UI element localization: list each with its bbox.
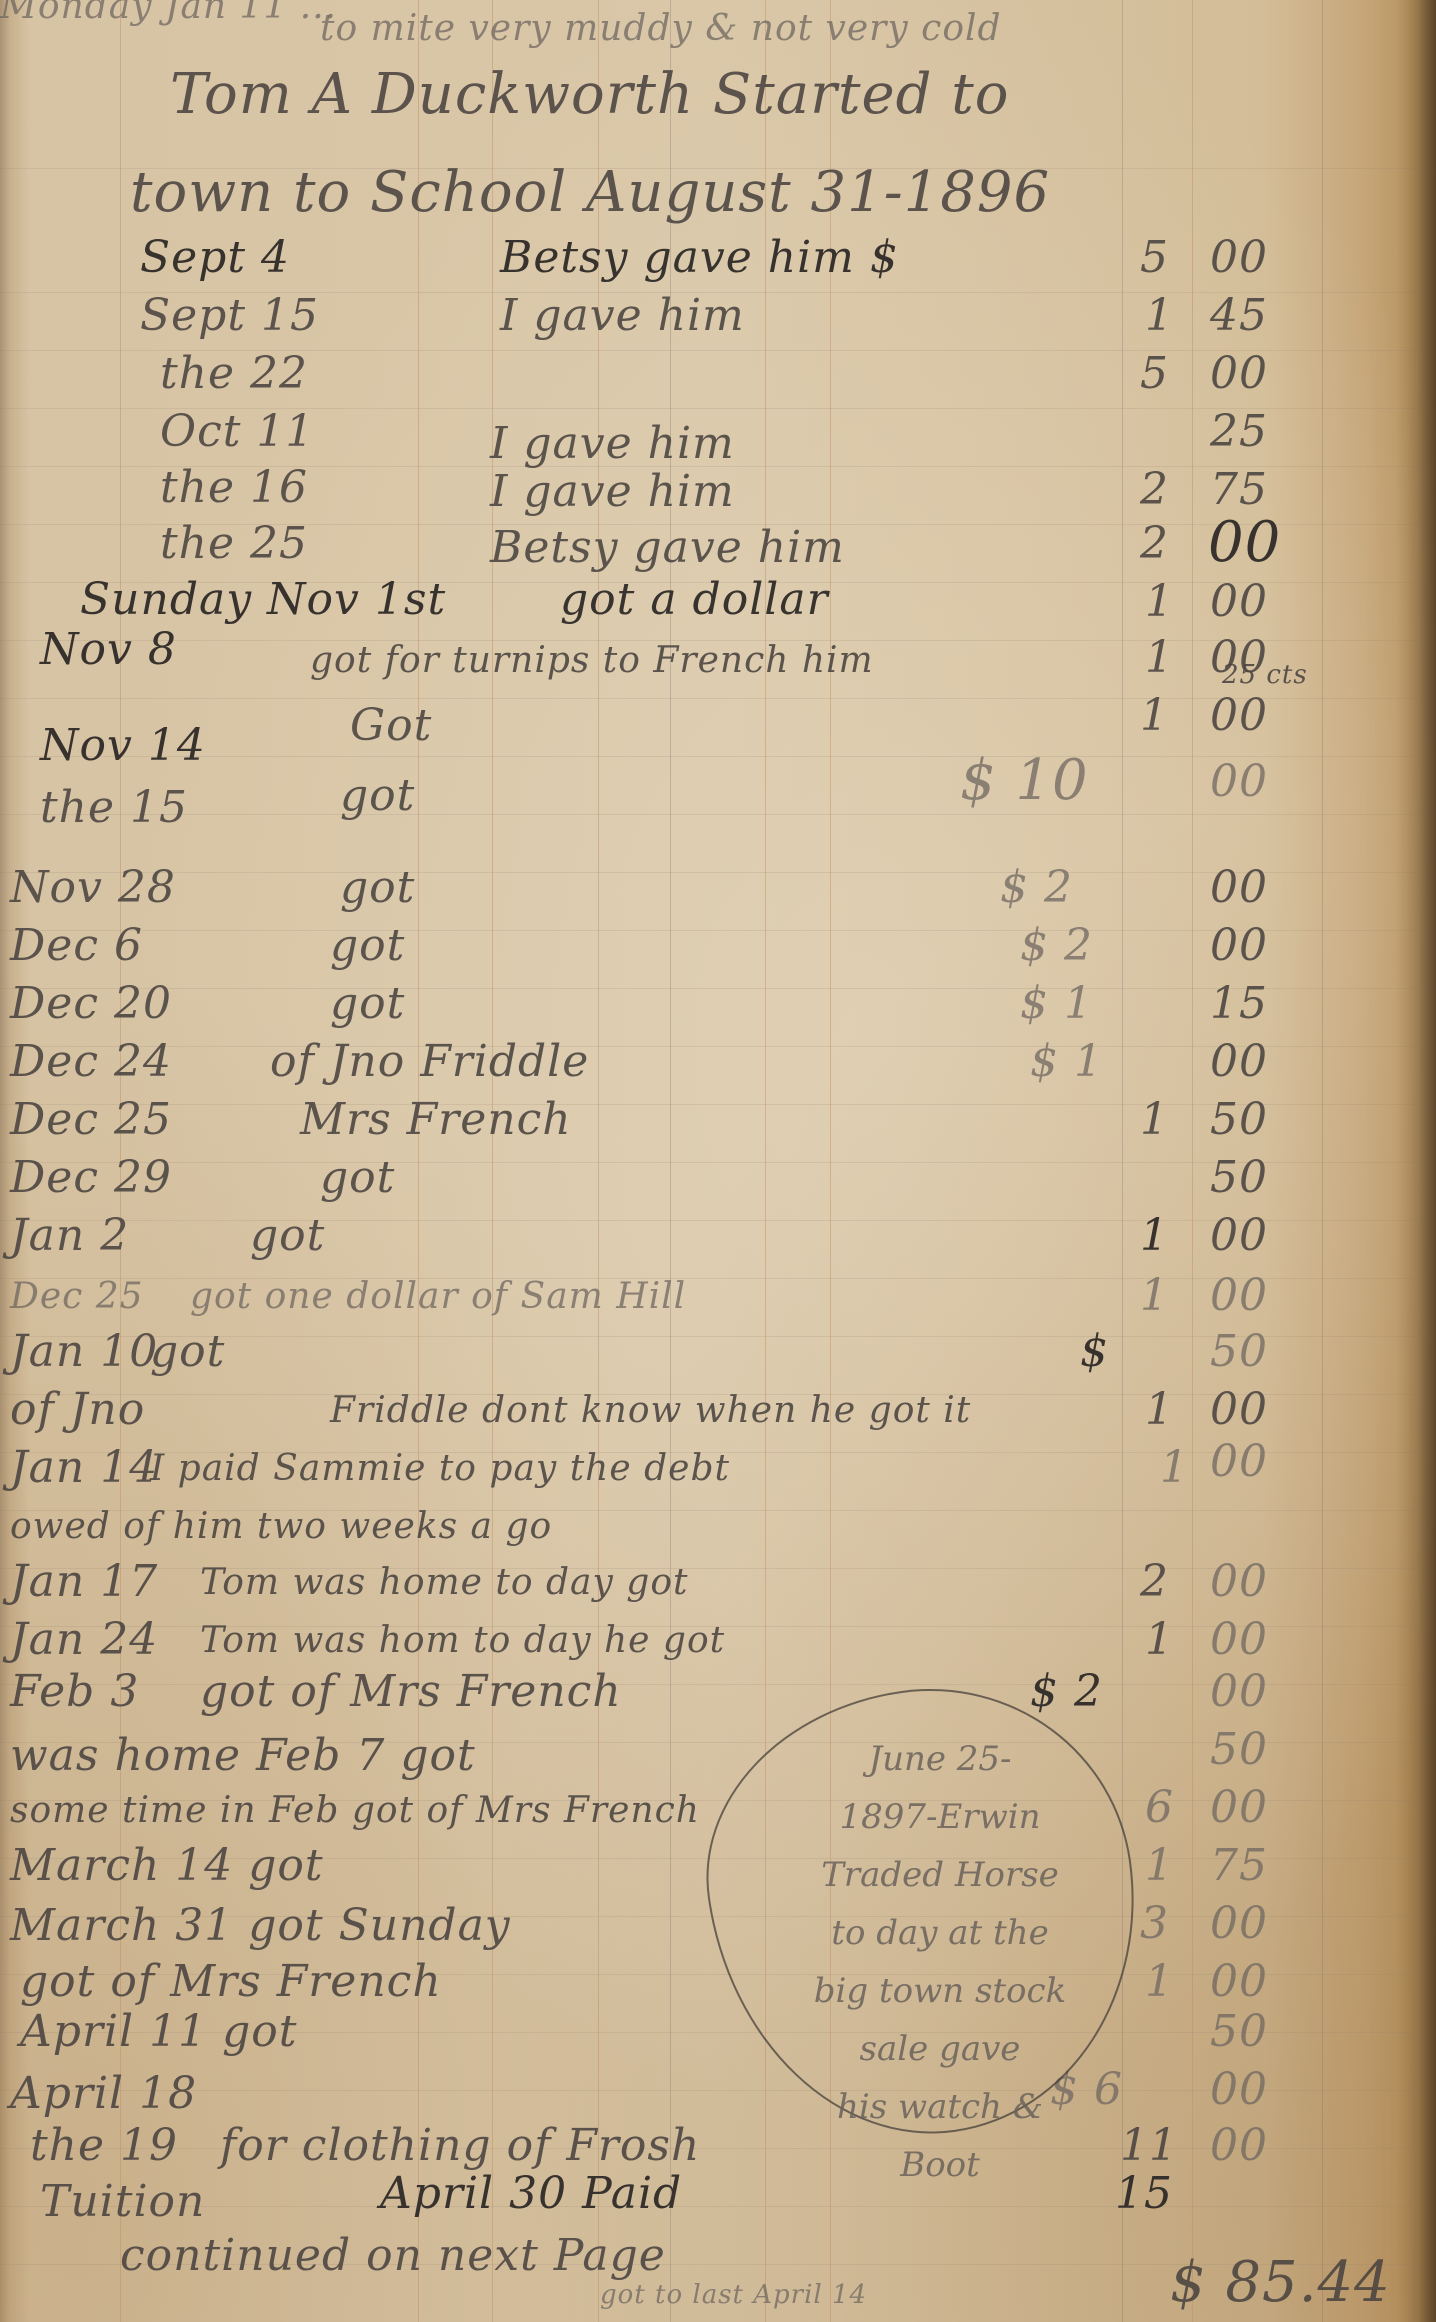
entry-date: Tuition	[40, 2176, 205, 2227]
entry-desc: got	[330, 978, 405, 1029]
circled-note: June 25- 1897-Erwin Traded Horse to day …	[760, 1730, 1120, 2194]
entry-date: Oct 11	[160, 406, 314, 457]
entry-desc: April 30 Paid	[380, 2168, 682, 2219]
entry-cents: 15	[1210, 978, 1268, 1029]
entry-cents: 00	[1210, 1210, 1268, 1261]
entry-date: the 16	[160, 462, 308, 513]
column-rule	[1322, 0, 1323, 2322]
entry-desc: got	[250, 1210, 325, 1261]
bottom-note: got to last April 14	[600, 2280, 867, 2310]
entry-date: Dec 25	[10, 1094, 172, 1145]
entry-desc: Betsy gave him	[490, 522, 845, 573]
entry-date: Jan 17	[10, 1556, 158, 1607]
entry-desc: owed of him two weeks a go	[10, 1506, 552, 1547]
entry-date: Sept 15	[140, 290, 319, 341]
entry-desc: got	[320, 1152, 395, 1203]
entry-cents: 00	[1208, 510, 1281, 575]
entry-cents: 00	[1210, 2064, 1268, 2115]
entry-dollars: 1	[1160, 1442, 1189, 1493]
entry-date: Jan 24	[10, 1614, 158, 1665]
entry-date: Jan 2	[10, 1210, 129, 1261]
entry-desc: Mrs French	[300, 1094, 572, 1145]
entry-dollars: $ 2	[1030, 1666, 1103, 1717]
entry-desc: I gave him	[490, 418, 735, 469]
circled-note-line: big town stock	[760, 1962, 1120, 2020]
weather-note: to mite very muddy & not very cold	[320, 8, 1002, 49]
entry-dollars: 1	[1145, 632, 1174, 683]
entry-cents: 25 cts	[1222, 660, 1308, 690]
entry-dollars: 1	[1145, 1384, 1174, 1435]
entry-dollars: $ 1	[1030, 1036, 1103, 1087]
entry-desc: Got	[350, 700, 432, 751]
entry-date: Sunday Nov 1st	[80, 574, 446, 625]
column-rule	[1192, 0, 1193, 2322]
entry-cents: 00	[1210, 1384, 1268, 1435]
entry-cents: 50	[1210, 1724, 1268, 1775]
entry-dollars: 1	[1145, 576, 1174, 627]
entry-date: Dec 29	[10, 1152, 172, 1203]
entry-date: the 22	[160, 348, 308, 399]
title-line-2: town to School August 31-1896	[130, 160, 1050, 225]
entry-cents: 00	[1210, 920, 1268, 971]
column-rule	[598, 0, 599, 2322]
entry-date: Dec 25	[10, 1276, 144, 1317]
rule-line	[0, 2206, 1436, 2207]
entry-cents: 25	[1210, 406, 1268, 457]
rule-line	[0, 814, 1436, 815]
entry-dollars: 1	[1140, 1270, 1169, 1321]
top-line: Monday Jan 11 ...	[0, 0, 337, 27]
entry-dollars: 1	[1145, 290, 1174, 341]
entry-desc: of Jno Friddle	[270, 1036, 589, 1087]
entry-dollars: 11	[1120, 2120, 1178, 2171]
circled-note-line: his watch &	[760, 2078, 1120, 2136]
entry-cents: 45	[1210, 290, 1268, 341]
entry-cents: 00	[1210, 1614, 1268, 1665]
entry-dollars: 2	[1140, 464, 1169, 515]
entry-desc: March 31 got Sunday	[10, 1900, 511, 1951]
entry-cents: 00	[1210, 1666, 1268, 1717]
entry-dollars: 5	[1140, 232, 1169, 283]
entry-desc: Tom was hom to day he got	[200, 1620, 725, 1661]
entry-date: of Jno	[10, 1384, 145, 1435]
entry-date: Sept 4	[140, 232, 290, 283]
ledger-page: Monday Jan 11 ... to mite very muddy & n…	[0, 0, 1436, 2322]
entry-desc: got	[330, 920, 405, 971]
entry-desc: I gave him	[490, 466, 735, 517]
entry-desc: Betsy gave him $	[500, 232, 899, 283]
circled-note-line: June 25-	[760, 1730, 1120, 1788]
entry-date: Nov 14	[40, 720, 206, 771]
entry-cents: 00	[1210, 1270, 1268, 1321]
entry-cents: 00	[1210, 690, 1268, 741]
entry-desc: for clothing of Frosh	[220, 2120, 700, 2171]
entry-date: Nov 8	[40, 624, 177, 675]
entry-cents: 50	[1210, 2006, 1268, 2057]
title-line-1: Tom A Duckworth Started to	[170, 62, 1009, 127]
entry-dollars: 1	[1140, 1210, 1169, 1261]
entry-desc: I paid Sammie to pay the debt	[150, 1448, 730, 1489]
circled-note-line: Traded Horse	[760, 1846, 1120, 1904]
entry-cents: 50	[1210, 1094, 1268, 1145]
entry-date: Dec 20	[10, 978, 172, 1029]
circled-note-line: 1897-Erwin	[760, 1788, 1120, 1846]
entry-cents: 50	[1210, 1152, 1268, 1203]
entry-dollars: 1	[1145, 1614, 1174, 1665]
entry-dollars: 1	[1145, 1840, 1174, 1891]
entry-cents: 00	[1210, 1898, 1268, 1949]
entry-dollars: 15	[1115, 2168, 1173, 2219]
entry-date: Nov 28	[10, 862, 176, 913]
entry-date: April 18	[10, 2068, 197, 2119]
entry-desc: got	[340, 862, 415, 913]
entry-cents: 00	[1210, 348, 1268, 399]
entry-cents: 75	[1210, 1840, 1268, 1891]
entry-desc: got one dollar of Sam Hill	[190, 1276, 686, 1317]
continued-note: continued on next Page	[120, 2230, 666, 2281]
circled-note-line: to day at the	[760, 1904, 1120, 1962]
entry-desc: got	[150, 1326, 225, 1377]
entry-cents: 00	[1210, 862, 1268, 913]
entry-cents: 00	[1210, 232, 1268, 283]
entry-dollars: 1	[1140, 1094, 1169, 1145]
entry-cents: 00	[1210, 1956, 1268, 2007]
entry-cents: 00	[1210, 1556, 1268, 1607]
column-rule	[670, 0, 671, 2322]
entry-dollars: $ 2	[1000, 862, 1073, 913]
entry-dollars: 6	[1145, 1782, 1174, 1833]
book-spine-edge	[1396, 0, 1436, 2322]
entry-desc: got for turnips to French him	[310, 640, 874, 681]
entry-desc: April 11 got	[20, 2006, 297, 2057]
entry-date: Jan 14	[10, 1442, 158, 1493]
page-total: $ 85.44	[1170, 2250, 1391, 2315]
entry-cents: 00	[1210, 756, 1268, 807]
entry-dollars: $	[1080, 1326, 1109, 1377]
entry-dollars: $ 1	[1020, 978, 1093, 1029]
entry-date: Feb 3	[10, 1666, 139, 1717]
entry-date: the 19	[30, 2120, 178, 2171]
circled-note-line: sale gave	[760, 2020, 1120, 2078]
entry-desc: got a dollar	[560, 574, 829, 625]
entry-desc: some time in Feb got of Mrs French	[10, 1790, 700, 1831]
entry-cents: 00	[1210, 1036, 1268, 1087]
entry-date: the 15	[40, 782, 188, 833]
entry-cents: 00	[1210, 2120, 1268, 2171]
entry-desc: March 14 got	[10, 1840, 324, 1891]
entry-dollars: 3	[1140, 1898, 1169, 1949]
entry-dollars: 1	[1145, 1956, 1174, 2007]
entry-desc: was home Feb 7 got	[10, 1730, 476, 1781]
entry-cents: 75	[1210, 464, 1268, 515]
entry-cents: 00	[1210, 576, 1268, 627]
entry-dollars: $ 2	[1020, 920, 1093, 971]
entry-dollars: 2	[1140, 1556, 1169, 1607]
column-rule	[492, 0, 493, 2322]
entry-cents: 00	[1210, 1436, 1268, 1487]
entry-date: the 25	[160, 518, 308, 569]
entry-desc: Tom was home to day got	[200, 1562, 688, 1603]
entry-dollars: 2	[1140, 518, 1169, 569]
entry-dollars: 1	[1140, 690, 1169, 741]
circled-note-line: Boot	[760, 2136, 1120, 2194]
entry-desc: I gave him	[500, 290, 745, 341]
entry-desc: got	[340, 770, 415, 821]
entry-desc: got of Mrs French	[200, 1666, 622, 1717]
entry-desc: got of Mrs French	[20, 1956, 442, 2007]
entry-dollars: $ 10	[960, 748, 1089, 813]
entry-cents: 50	[1210, 1326, 1268, 1377]
entry-desc: Friddle dont know when he got it	[330, 1390, 971, 1431]
entry-cents: 00	[1210, 1782, 1268, 1833]
entry-dollars: 5	[1140, 348, 1169, 399]
entry-date: Dec 24	[10, 1036, 172, 1087]
entry-date: Dec 6	[10, 920, 143, 971]
entry-date: Jan 10	[10, 1326, 158, 1377]
